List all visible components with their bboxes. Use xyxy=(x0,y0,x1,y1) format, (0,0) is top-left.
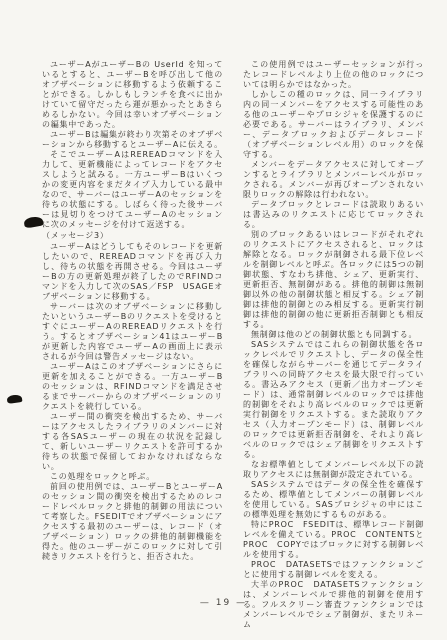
paragraph: サーバーは次のオブザベーションに移動したいというユーザーBのリクエストを受けると… xyxy=(42,302,223,362)
paragraph: なお標準値としてメンバーレベル以下の読取りアクセスには無制御が設定されている。 xyxy=(243,460,424,480)
paragraph: この処理をロックと呼ぶ。 xyxy=(42,472,223,482)
paragraph: 無制御は他のどの制御状態とも同調する。 xyxy=(243,330,424,340)
paragraph: 特にPROC FSEDITは、標準レコード制御レベルを備えている。PROC CO… xyxy=(243,520,424,560)
paragraph: ユーザーAがユーザーBの UserId を知っているとすると、ユーザーBを呼び出… xyxy=(42,60,223,130)
paragraph: そこでユーザーAはREREADコマンドを入力して、更新機能によってレコードをアク… xyxy=(42,150,223,230)
message-heading: （メッセージ3） xyxy=(42,231,223,241)
paragraph: この使用例ではユーザーセッションが行ったレコードレベルより上位の他のロックについ… xyxy=(243,60,424,90)
page-number: — 19 — xyxy=(0,598,447,608)
paragraph: PROC DATASETSではファンクションごとに使用する制御レベルを変える。 xyxy=(243,560,424,580)
scanned-document-page: ユーザーAがユーザーBの UserId を知っているとすると、ユーザーBを呼び出… xyxy=(0,0,447,640)
paragraph: ユーザーAはこのオブザベーションにさらに更新を加えることができる。一方ユーザーB… xyxy=(42,362,223,412)
paragraph: ユーザーBは編集が終わり次第そのオブザベーションから移動するとユーザーAに伝える… xyxy=(42,130,223,150)
two-column-text-block: ユーザーAがユーザーBの UserId を知っているとすると、ユーザーBを呼び出… xyxy=(42,60,424,630)
paragraph: 別のブロックあるいはレコードがそれぞれのリクエストにアクセスされると、ロックは解… xyxy=(243,230,424,330)
paragraph: 前回の使用例では、ユーザーBとユーザーAのセッション間の衝突を検出するためのレコ… xyxy=(42,482,223,562)
paragraph: メンバーをデータアクセスに対してオープンするとライブラリとメンバーレベルがロック… xyxy=(243,160,424,200)
paragraph: SASシステムではこれらの制御状態を各ロックレベルでリクエストし、データの保全性… xyxy=(243,340,424,460)
paragraph: しかしこの種のロックは、同一ライブラリ内の同一メンバーをアクセスする可能性のある… xyxy=(243,90,424,160)
margin-ink-mark-icon xyxy=(23,215,43,228)
paragraph: データブロックとレコードは読取りあるいは書込みのリクエストに応じてロックされる。 xyxy=(243,200,424,230)
left-column: ユーザーAがユーザーBの UserId を知っているとすると、ユーザーBを呼び出… xyxy=(42,60,223,630)
right-column: この使用例ではユーザーセッションが行ったレコードレベルより上位の他のロックについ… xyxy=(243,60,424,630)
paragraph: ユーザーAはどうしてもそのレコードを更新したいので、REREADコマンドを再び入… xyxy=(42,242,223,302)
margin-ink-mark-icon xyxy=(7,394,23,404)
paragraph: ユーザー間の衝突を検出するため、サーバーはアクセスしたライブラリのメンバーに対す… xyxy=(42,412,223,472)
paragraph: SASシステムではデータの保全性を確保するため、標準値としてメンバーの制御レベル… xyxy=(243,480,424,520)
